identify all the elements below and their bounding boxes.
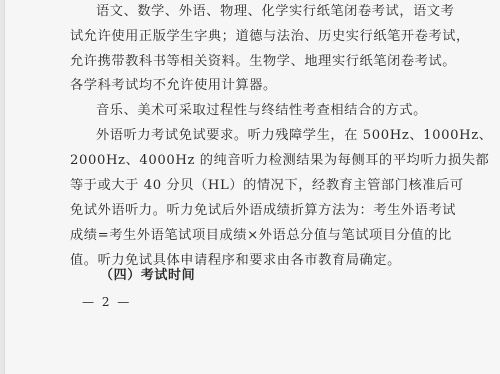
paragraph-line: 免试外语听力。听力免试后外语成绩折算方法为：考生外语考试: [70, 203, 456, 219]
page-left-edge: [0, 0, 5, 374]
section-heading: （四）考试时间: [100, 268, 195, 284]
paragraph-line: 外语听力考试免试要求。听力残障学生，在 500Hz、1000Hz、: [96, 128, 493, 144]
paragraph-line: 值。听力免试具体申请程序和要求由各市教育局确定。: [70, 253, 401, 269]
paragraph-line: 成绩=考生外语笔试项目成绩×外语总分值与笔试项目分值的比: [70, 228, 452, 244]
paragraph-line: 语文、数学、外语、物理、化学实行纸笔闭卷考试，语文考: [96, 4, 454, 20]
paragraph-line: 2000Hz、4000Hz 的纯音听力检测结果为每侧耳的平均听力损失都: [70, 153, 489, 169]
paragraph-line: 等于或大于 40 分贝（HL）的情况下，经教育主管部门核准后可: [70, 178, 464, 194]
paragraph-line: 试允许使用正版学生字典；道德与法治、历史实行纸笔开卷考试，: [70, 29, 470, 45]
page-number: — 2 —: [82, 295, 131, 309]
paragraph-line: 允许携带教科书等相关资料。生物学、地理实行纸笔闭卷考试。: [70, 54, 456, 70]
paragraph-line: 音乐、美术可采取过程性与终结性考查相结合的方式。: [96, 103, 427, 119]
paragraph-line: 各学科考试均不允许使用计算器。: [70, 78, 277, 94]
